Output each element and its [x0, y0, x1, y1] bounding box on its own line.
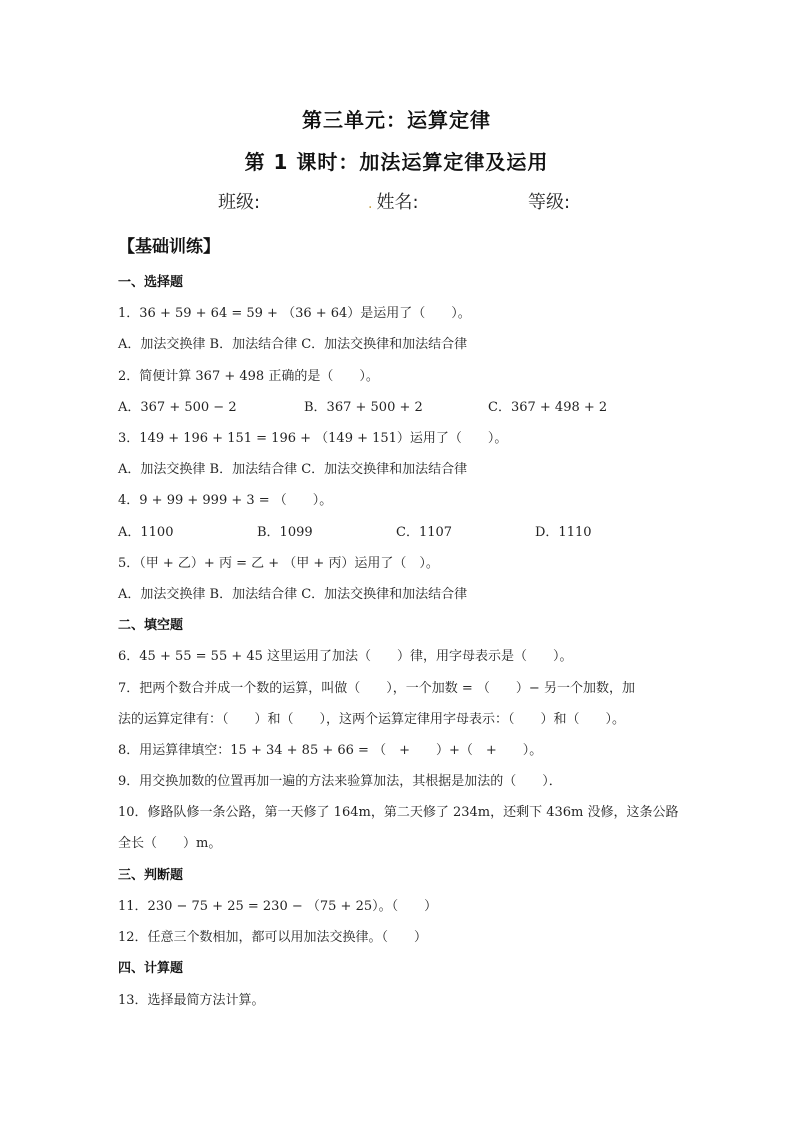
- question-5: 5．（甲 + 乙）+ 丙 = 乙 + （甲 + 丙）运用了（ ）。: [118, 552, 439, 571]
- question-2-option-c: C．367 + 498 + 2: [488, 396, 607, 415]
- question-2-option-b: B．367 + 500 + 2: [304, 396, 423, 415]
- question-8: 8．用运算律填空：15 + 34 + 85 + 66 = （ + ）+（ + ）…: [118, 739, 542, 758]
- question-6: 6．45 + 55 = 55 + 45 这里运用了加法（ ）律，用字母表示是（ …: [118, 645, 573, 664]
- section-choice: 一、选择题: [118, 271, 183, 290]
- name-field: .姓名:: [368, 188, 419, 214]
- section-true-false: 三、判断题: [118, 864, 183, 883]
- question-4: 4．9 + 99 + 999 + 3 = （ ）。: [118, 489, 332, 508]
- question-11: 11．230 − 75 + 25 = 230 − （75 + 25）。（ ）: [118, 895, 437, 914]
- question-2: 2．简便计算 367 + 498 正确的是（ ）。: [118, 365, 379, 384]
- question-13: 13．选择最简方法计算。: [118, 989, 265, 1008]
- class-label: 班级:: [218, 188, 260, 214]
- question-10-line-1: 10．修路队修一条公路，第一天修了 164m，第二天修了 234m，还剩下 43…: [118, 801, 679, 820]
- question-1-options: A．加法交换律 B．加法结合律 C．加法交换律和加法结合律: [118, 333, 467, 352]
- question-4-option-c: C．1107: [396, 521, 452, 540]
- question-12: 12．任意三个数相加，都可以用加法交换律。（ ）: [118, 926, 427, 945]
- question-4-option-b: B．1099: [257, 521, 313, 540]
- unit-title: 第三单元：运算定律: [0, 104, 793, 133]
- question-2-option-a: A．367 + 500 − 2: [118, 396, 237, 415]
- question-1: 1．36 + 59 + 64 = 59 + （36 + 64）是运用了（ ）。: [118, 302, 471, 321]
- question-7-line-1: 7．把两个数合并成一个数的运算，叫做（ ），一个加数 = （ ）− 另一个加数，…: [118, 677, 635, 696]
- section-fill-in: 二、填空题: [118, 614, 183, 633]
- section-basic-training: 【基础训练】: [118, 232, 220, 257]
- question-7-line-2: 法的运算定律有：（ ）和（ ），这两个运算定律用字母表示：（ ）和（ ）。: [118, 708, 625, 727]
- question-4-option-d: D．1110: [535, 521, 592, 540]
- name-label: 姓名:: [376, 192, 418, 213]
- question-3-options: A．加法交换律 B．加法结合律 C．加法交换律和加法结合律: [118, 458, 467, 477]
- question-4-option-a: A．1100: [118, 521, 173, 540]
- name-dot: .: [368, 196, 372, 212]
- question-10-line-2: 全长（ ）m。: [118, 832, 221, 851]
- lesson-title: 第 1 课时：加法运算定律及运用: [0, 146, 793, 175]
- grade-label: 等级:: [528, 188, 570, 214]
- worksheet-page: 第三单元：运算定律 第 1 课时：加法运算定律及运用 班级: .姓名: 等级: …: [0, 0, 793, 1122]
- question-9: 9．用交换加数的位置再加一遍的方法来验算加法，其根据是加法的（ ）．: [118, 770, 562, 789]
- question-3: 3．149 + 196 + 151 = 196 + （149 + 151）运用了…: [118, 427, 507, 446]
- question-5-options: A．加法交换律 B．加法结合律 C．加法交换律和加法结合律: [118, 583, 467, 602]
- section-calculation: 四、计算题: [118, 957, 183, 976]
